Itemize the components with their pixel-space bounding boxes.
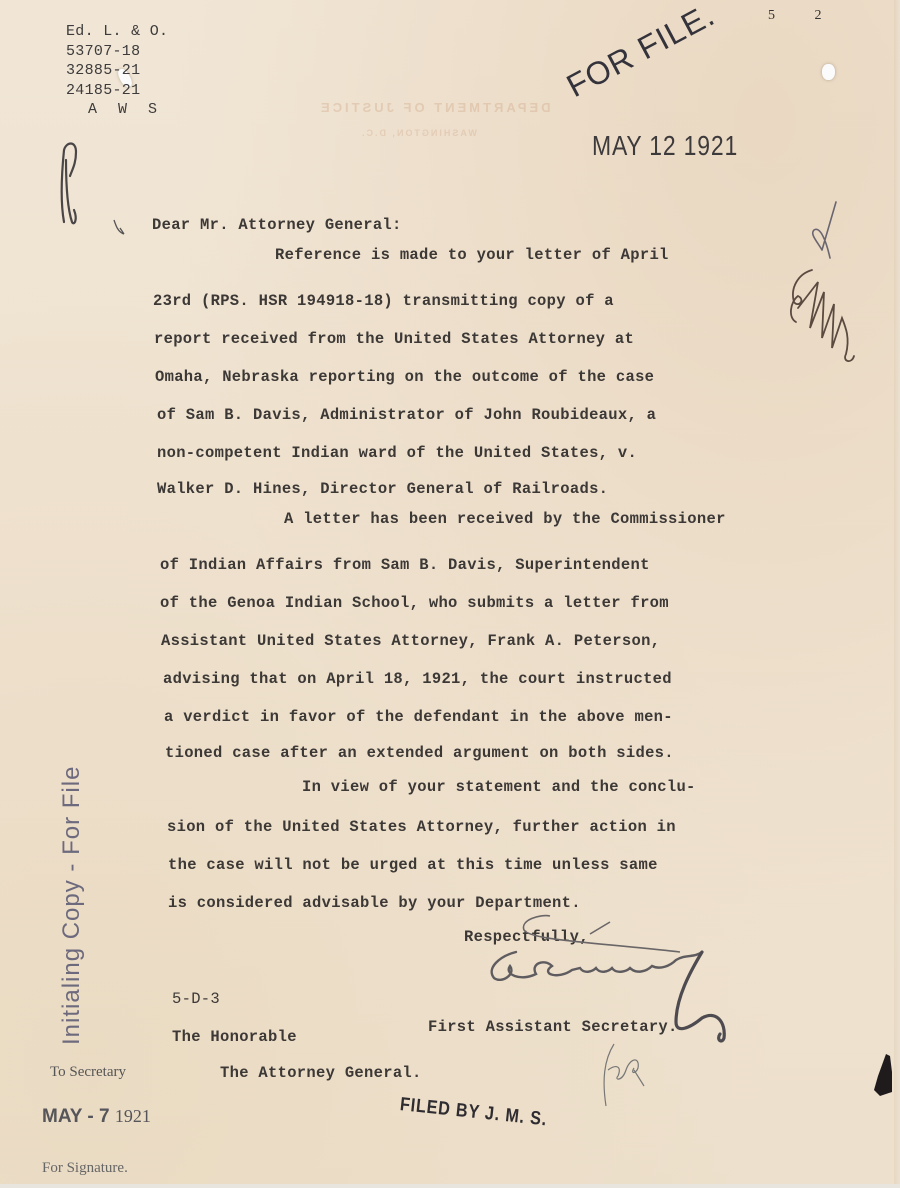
file-ref: Ed. L. & O.: [66, 22, 168, 42]
document-page: Ed. L. & O. 53707-18 32885-21 24185-21 A…: [0, 0, 900, 1188]
ink-blot-icon: [872, 1052, 896, 1102]
to-secretary-stamp: To Secretary: [50, 1064, 126, 1081]
paper-edge-bottom: [0, 1184, 900, 1188]
body-line: is considered advisable by your Departme…: [168, 894, 581, 912]
addressee-line-1: The Honorable: [172, 1028, 297, 1046]
file-ref: 32885-21: [66, 61, 168, 81]
body-line: Omaha, Nebraska reporting on the outcome…: [155, 368, 654, 386]
body-line: In view of your statement and the conclu…: [302, 778, 696, 796]
file-code: 5-D-3: [172, 990, 220, 1008]
letterhead-showthrough-sub: WASHINGTON, D.C.: [360, 128, 477, 138]
body-line: Reference is made to your letter of Apri…: [275, 246, 669, 264]
body-line: non-competent Indian ward of the United …: [157, 444, 637, 462]
body-line: tioned case after an extended argument o…: [165, 744, 674, 762]
file-references: Ed. L. & O. 53707-18 32885-21 24185-21 A…: [66, 22, 168, 120]
body-line: sion of the United States Attorney, furt…: [167, 818, 676, 836]
body-line: A letter has been received by the Commis…: [284, 510, 726, 528]
body-line: Walker D. Hines, Director General of Rai…: [157, 480, 608, 498]
for-signature-stamp: For Signature.: [42, 1160, 128, 1177]
handwritten-mark-icon: [54, 140, 84, 230]
signer-title: First Assistant Secretary.: [428, 1018, 678, 1036]
page-number: 5 2: [768, 8, 840, 24]
body-line: 23rd (RPS. HSR 194918-18) transmitting c…: [153, 292, 614, 310]
may-7-date: MAY - 7: [42, 1106, 110, 1127]
filed-by-stamp: FILED BY J. M. S.: [399, 1094, 548, 1131]
body-line: of Sam B. Davis, Administrator of John R…: [157, 406, 656, 424]
letterhead-showthrough: DEPARTMENT OF JUSTICE: [318, 100, 551, 115]
addressee-line-2: The Attorney General.: [220, 1064, 422, 1082]
typist-initials: A W S: [66, 100, 168, 120]
initialing-copy-stamp: Initialing Copy - For File: [58, 766, 86, 1045]
handwritten-initial-icon: [808, 200, 848, 270]
body-line: Assistant United States Attorney, Frank …: [161, 632, 660, 650]
body-line: of the Genoa Indian School, who submits …: [160, 594, 669, 612]
paper-edge: [894, 0, 900, 1188]
file-ref: 53707-18: [66, 42, 168, 62]
body-line: of Indian Affairs from Sam B. Davis, Sup…: [160, 556, 650, 574]
body-line: the case will not be urged at this time …: [168, 856, 658, 874]
may-7-year: 1921: [115, 1106, 151, 1126]
salutation: Dear Mr. Attorney General:: [152, 216, 402, 234]
file-ref: 24185-21: [66, 81, 168, 101]
handwritten-initials-icon: [600, 1040, 650, 1110]
punch-hole: [822, 64, 835, 80]
body-line: advising that on April 18, 1921, the cou…: [163, 670, 672, 688]
handwritten-initials-emc-icon: [788, 268, 858, 378]
may-7-date-stamp: MAY - 7 1921: [42, 1106, 151, 1128]
check-mark-icon: [112, 218, 128, 238]
body-line: report received from the United States A…: [154, 330, 634, 348]
for-file-stamp: FOR FILE.: [561, 0, 721, 105]
body-line: a verdict in favor of the defendant in t…: [164, 708, 673, 726]
for-file-date-stamp: MAY 12 1921: [592, 130, 738, 162]
